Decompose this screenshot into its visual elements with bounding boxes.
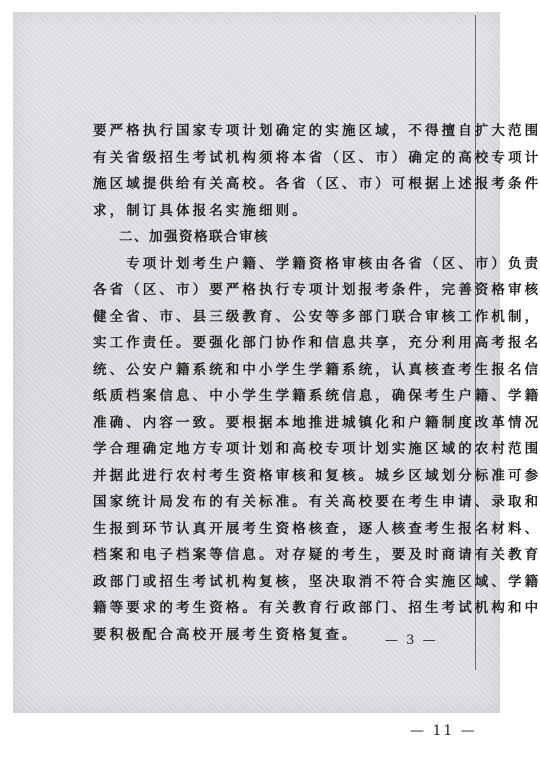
text-line: 要严格执行国家专项计划确定的实施区域，不得擅自扩大范围。 bbox=[93, 118, 473, 145]
inner-page-number: — 3 — bbox=[385, 633, 438, 648]
text-line: 各省（区、市）要严格执行专项计划报考条件，完善资格审核办法， bbox=[93, 277, 473, 304]
text-line: 实工作责任。要强化部门协作和信息共享，充分利用高考报名系 bbox=[93, 330, 473, 357]
section-heading: 二、加强资格联合审核 bbox=[93, 224, 473, 251]
text-line: 并据此进行农村考生资格审核和复核。城乡区域划分标准可参考 bbox=[93, 463, 473, 490]
text-line: 籍等要求的考生资格。有关教育行政部门、招生考试机构和中学 bbox=[93, 595, 473, 622]
document-body: 要严格执行国家专项计划确定的实施区域，不得擅自扩大范围。 有关省级招生考试机构须… bbox=[93, 118, 473, 648]
text-line: 统、公安户籍系统和中小学生学籍系统，认真核查考生报名信息、 bbox=[93, 357, 473, 384]
text-line: 施区域提供给有关高校。各省（区、市）可根据上述报考条件要 bbox=[93, 171, 473, 198]
text-line: 有关省级招生考试机构须将本省（区、市）确定的高校专项计划实 bbox=[93, 145, 473, 172]
text-line: 学合理确定地方专项计划和高校专项计划实施区域的农村范围， bbox=[93, 436, 473, 463]
text-line: 档案和电子档案等信息。对存疑的考生，要及时商请有关教育行 bbox=[93, 542, 473, 569]
text-line: 国家统计局发布的有关标准。有关高校要在考生申请、录取和新 bbox=[93, 489, 473, 516]
text-line: 纸质档案信息、中小学生学籍系统信息，确保考生户籍、学籍真实 bbox=[93, 383, 473, 410]
text-line: 健全省、市、县三级教育、公安等多部门联合审核工作机制，逐级落 bbox=[93, 304, 473, 331]
text-line: 生报到环节认真开展考生资格核查，逐人核查考生报名材料、纸质 bbox=[93, 516, 473, 543]
text-line: 政部门或招生考试机构复核，坚决取消不符合实施区域、学籍、户 bbox=[93, 569, 473, 596]
text-line: 求，制订具体报名实施细则。 bbox=[93, 198, 473, 225]
text-line: 专项计划考生户籍、学籍资格审核由各省（区、市）负责组织。 bbox=[93, 251, 473, 278]
outer-page-number: — 11 — bbox=[410, 723, 477, 739]
text-line: 准确、内容一致。要根据本地推进城镇化和户籍制度改革情况，科 bbox=[93, 410, 473, 437]
